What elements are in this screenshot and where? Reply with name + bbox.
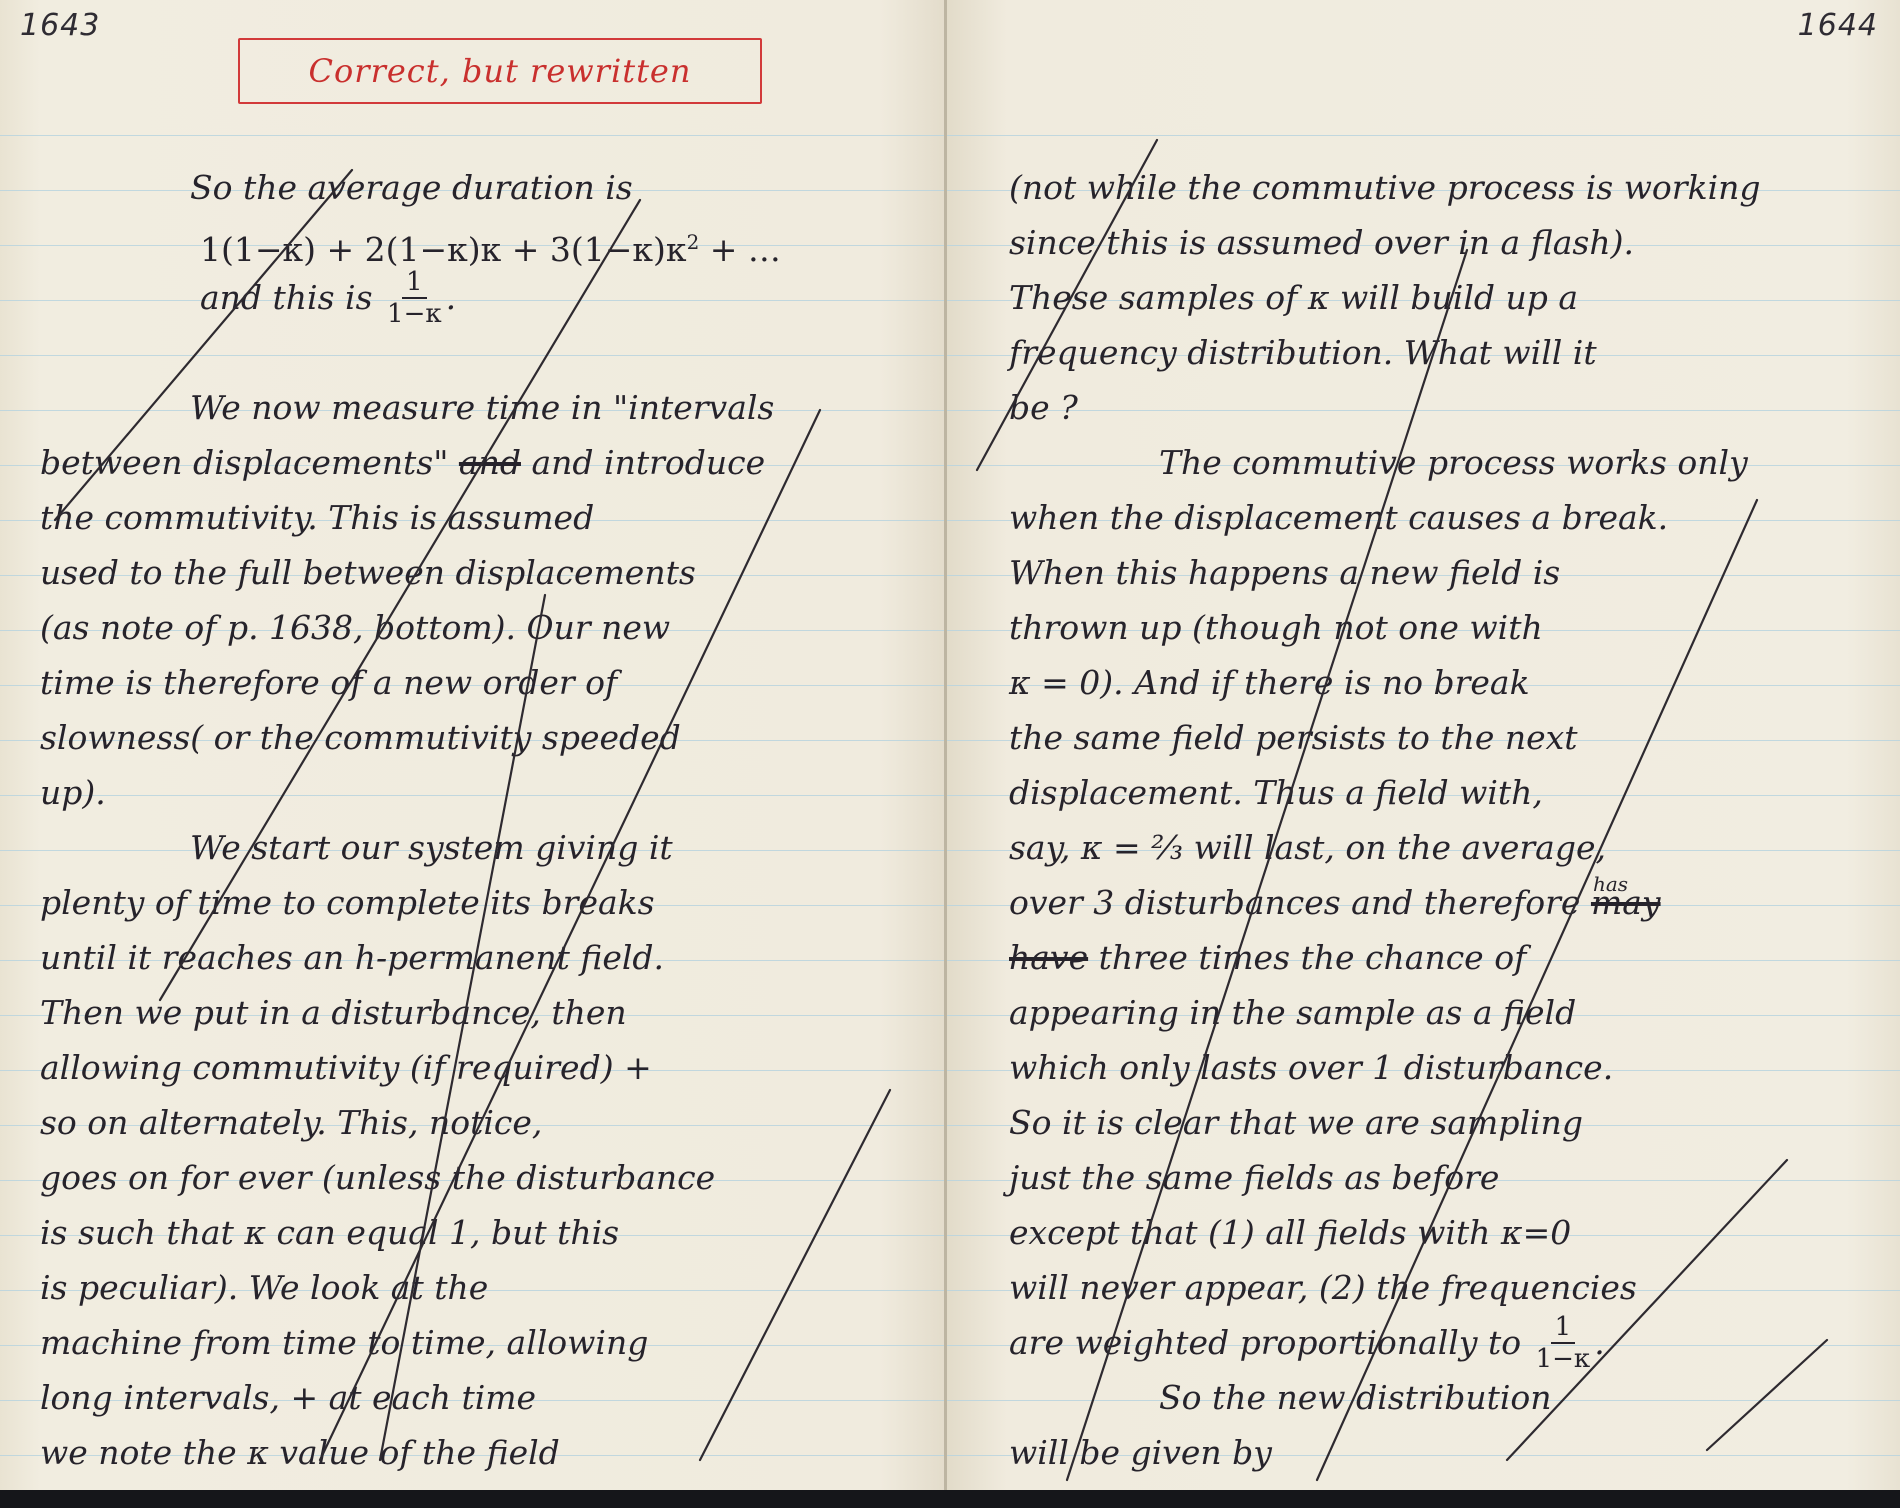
text-line: So the new distribution — [1009, 1370, 1900, 1425]
text-line: We start our system giving it — [60, 820, 945, 875]
text-line: time is therefore of a new order of — [40, 655, 945, 710]
struck-word: and — [459, 443, 521, 482]
text-line: will be given by — [1009, 1425, 1900, 1480]
text-line: (as note of p. 1638, bottom). Our new — [40, 600, 945, 655]
text-line: So the average duration is — [60, 160, 945, 215]
text-line: say, κ = ⅔ will last, on the average, — [1009, 820, 1900, 875]
fraction: 11−κ — [387, 269, 442, 327]
text-line: the same field persists to the next — [1009, 710, 1900, 765]
text-line: frequency distribution. What will it — [1009, 325, 1900, 380]
ruled-line — [947, 135, 1900, 136]
text-line: is such that κ can equal 1, but this — [40, 1205, 945, 1260]
text-line: machine from time to time, allowing — [40, 1315, 945, 1370]
text-line: The commutive process works only — [1009, 435, 1900, 490]
text-line: allowing commutivity (if required) + — [40, 1040, 945, 1095]
text-line: will never appear, (2) the frequencies — [1009, 1260, 1900, 1315]
notebook-spread: 1643 Correct, but rewritten So the avera… — [0, 0, 1900, 1490]
correction: mayhas — [1591, 883, 1661, 922]
text-line: These samples of κ will build up a — [1009, 270, 1900, 325]
text-line: which only lasts over 1 disturbance. — [1009, 1040, 1900, 1095]
text-line: we note the κ value of the field — [40, 1425, 945, 1480]
text-line: be ? — [1009, 380, 1900, 435]
text-line: have three times the chance of — [1009, 930, 1900, 985]
left-page: 1643 Correct, but rewritten So the avera… — [0, 0, 945, 1490]
series-equation: 1(1−κ) + 2(1−κ)κ + 3(1−κ)κ2 + … — [60, 215, 945, 270]
correction-stamp: Correct, but rewritten — [238, 38, 762, 104]
text-line: between displacements" and and introduce — [40, 435, 945, 490]
right-page: 1644 (not while the commutive process is… — [947, 0, 1900, 1490]
text-line: thrown up (though not one with — [1009, 600, 1900, 655]
text-line: Then we put in a disturbance, then — [40, 985, 945, 1040]
text-line: so on alternately. This, notice, — [40, 1095, 945, 1150]
text-line: since this is assumed over in a flash). — [1009, 215, 1900, 270]
text-line: When this happens a new field is — [1009, 545, 1900, 600]
background-edge — [0, 1490, 1900, 1508]
text-line: is peculiar). We look at the — [40, 1260, 945, 1315]
left-text-block: So the average duration is 1(1−κ) + 2(1−… — [0, 160, 945, 1480]
text-line: and this is 11−κ. — [60, 270, 945, 325]
text-line: So it is clear that we are sampling — [1009, 1095, 1900, 1150]
page-number: 1644 — [1798, 8, 1878, 43]
struck-word: have — [1009, 938, 1088, 977]
text-line: κ = 0). And if there is no break — [1009, 655, 1900, 710]
right-text-block: (not while the commutive process is work… — [947, 160, 1900, 1480]
text-line: long intervals, + at each time — [40, 1370, 945, 1425]
text-line: until it reaches an h-permanent field. — [40, 930, 945, 985]
text-line: plenty of time to complete its breaks — [40, 875, 945, 930]
blank-line — [60, 325, 945, 380]
page-number: 1643 — [20, 8, 100, 43]
text-line: the commutivity. This is assumed — [40, 490, 945, 545]
ruled-line — [0, 135, 945, 136]
text-line: up). — [40, 765, 945, 820]
text-line: over 3 disturbances and therefore mayhas — [1009, 875, 1900, 930]
stamp-text: Correct, but rewritten — [309, 52, 692, 90]
text-line: appearing in the sample as a field — [1009, 985, 1900, 1040]
text-line: are weighted proportionally to 11−κ. — [1009, 1315, 1900, 1370]
text-line: We now measure time in "intervals — [60, 380, 945, 435]
text-line: except that (1) all fields with κ=0 — [1009, 1205, 1900, 1260]
text-line: just the same fields as before — [1009, 1150, 1900, 1205]
text-line: displacement. Thus a field with, — [1009, 765, 1900, 820]
text-line: (not while the commutive process is work… — [1009, 160, 1900, 215]
text-line: used to the full between displacements — [40, 545, 945, 600]
text-line: goes on for ever (unless the disturbance — [40, 1150, 945, 1205]
text-line: when the displacement causes a break. — [1009, 490, 1900, 545]
text-line: slowness( or the commutivity speeded — [40, 710, 945, 765]
fraction: 11−κ — [1536, 1314, 1591, 1372]
